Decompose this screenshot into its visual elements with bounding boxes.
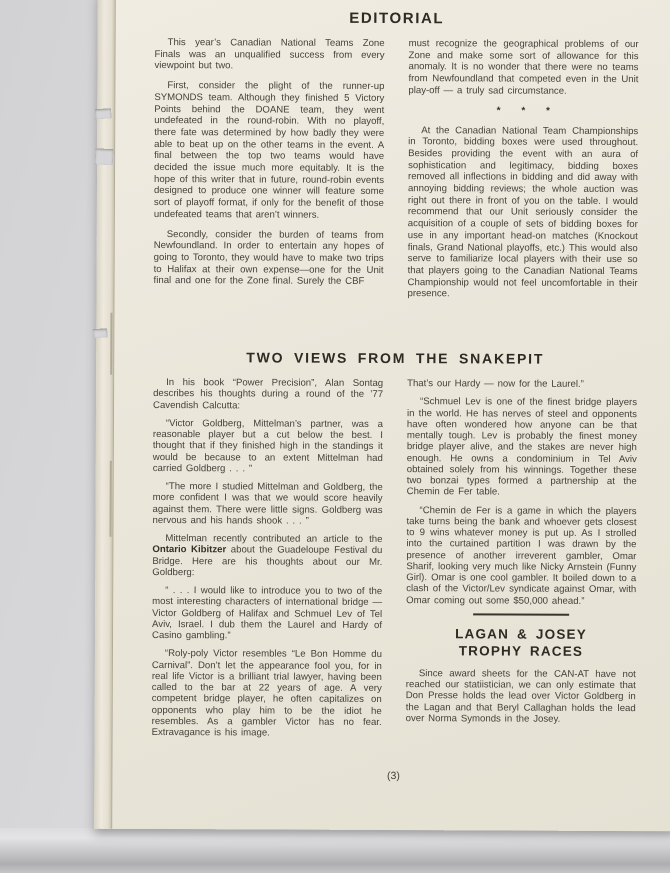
page-torn-edge	[94, 0, 116, 829]
page-content: EDITORIAL This year’s Canadian National …	[151, 0, 639, 815]
paragraph: “ . . . I would like to introduce you to…	[152, 585, 382, 642]
paragraph: This year’s Canadian National Teams Zone…	[154, 37, 384, 73]
paragraph: First, consider the plight of the runner…	[154, 80, 385, 221]
fold-crease	[109, 461, 111, 537]
editorial-right-column: must recognize the geographical problems…	[407, 38, 638, 309]
staple-notch	[95, 148, 114, 165]
surface-shadow	[0, 828, 670, 873]
paragraph: That’s our Hardy — now for the Laurel.”	[407, 378, 637, 390]
asterisk-separator: * * *	[408, 105, 638, 117]
paragraph: Since award sheets for the CAN-AT have n…	[406, 668, 636, 725]
paragraph: Secondly, consider the burden of teams f…	[154, 229, 384, 289]
trophy-title: LAGAN & JOSEYTROPHY RACES	[406, 625, 636, 660]
snakepit-right-column: That’s our Hardy — now for the Laurel.” …	[406, 378, 638, 747]
photographed-newsletter-scene: EDITORIAL This year’s Canadian National …	[0, 0, 670, 873]
staple-notch	[95, 108, 112, 119]
paragraph: Mittelman recently contributed an articl…	[152, 533, 382, 579]
snakepit-title: TWO VIEWS FROM THE SNAKEPIT	[153, 349, 637, 367]
paragraph: “Roly-poly Victor resembles “Le Bon Homm…	[152, 648, 382, 739]
snakepit-columns: In his book “Power Precision”, Alan Sont…	[152, 377, 638, 747]
editorial-title: EDITORIAL	[155, 9, 639, 28]
snakepit-left-column: In his book “Power Precision”, Alan Sont…	[152, 377, 384, 746]
staple-notch	[93, 329, 107, 338]
paragraph: must recognize the geographical problems…	[408, 38, 638, 98]
page-number: (3)	[151, 769, 635, 783]
editorial-columns: This year’s Canadian National Teams Zone…	[153, 37, 638, 309]
trophy-title-line1: LAGAN & JOSEY	[455, 626, 587, 642]
section-divider	[473, 613, 569, 615]
trophy-title-line2: TROPHY RACES	[459, 643, 583, 659]
paragraph-text: Mittelman recently contributed an articl…	[165, 533, 382, 545]
bold-publication-name: Ontario Kibitzer	[152, 544, 226, 555]
paragraph: “The more I studied Mittelman and Goldbe…	[153, 481, 383, 527]
paragraph: In his book “Power Precision”, Alan Sont…	[153, 377, 383, 412]
paragraph: “Victor Goldberg, Mittelman’s partner, w…	[153, 418, 383, 475]
magazine-page: EDITORIAL This year’s Canadian National …	[94, 0, 670, 831]
paragraph: “Schmuel Lev is one of the finest bridge…	[407, 396, 637, 498]
paragraph: At the Canadian National Team Championsh…	[407, 125, 638, 302]
fold-crease	[110, 313, 112, 375]
paragraph: “Chemin de Fer is a game in which the pl…	[406, 505, 636, 607]
editorial-left-column: This year’s Canadian National Teams Zone…	[153, 37, 384, 308]
